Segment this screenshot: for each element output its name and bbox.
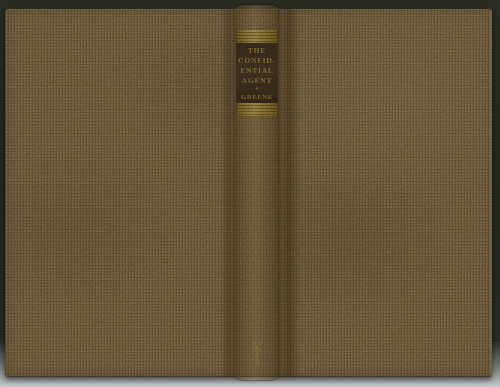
spine: THE CONFID- ENTIAL AGENT ✦ GREENE: [234, 5, 280, 380]
spine-title-line: ENTIAL: [240, 66, 274, 76]
publisher-windmill-icon: [234, 337, 280, 367]
spine-title-line: AGENT: [242, 76, 273, 86]
spine-top-gilt-band: [237, 30, 277, 43]
spine-ornament: ✦: [255, 86, 259, 93]
spine-author: GREENE: [241, 93, 273, 102]
front-cover: [292, 9, 492, 377]
spine-title-panel: THE CONFID- ENTIAL AGENT ✦ GREENE: [236, 43, 278, 103]
book-spread: THE CONFID- ENTIAL AGENT ✦ GREENE: [5, 9, 492, 377]
photo-backdrop: THE CONFID- ENTIAL AGENT ✦ GREENE: [0, 0, 500, 387]
back-cover: [5, 9, 224, 377]
spine-bottom-gilt-band: [237, 103, 277, 116]
spine-title-line: THE: [248, 46, 266, 56]
spine-title-line: CONFID-: [238, 56, 276, 66]
front-cover-fore-edge-highlight: [489, 11, 492, 375]
